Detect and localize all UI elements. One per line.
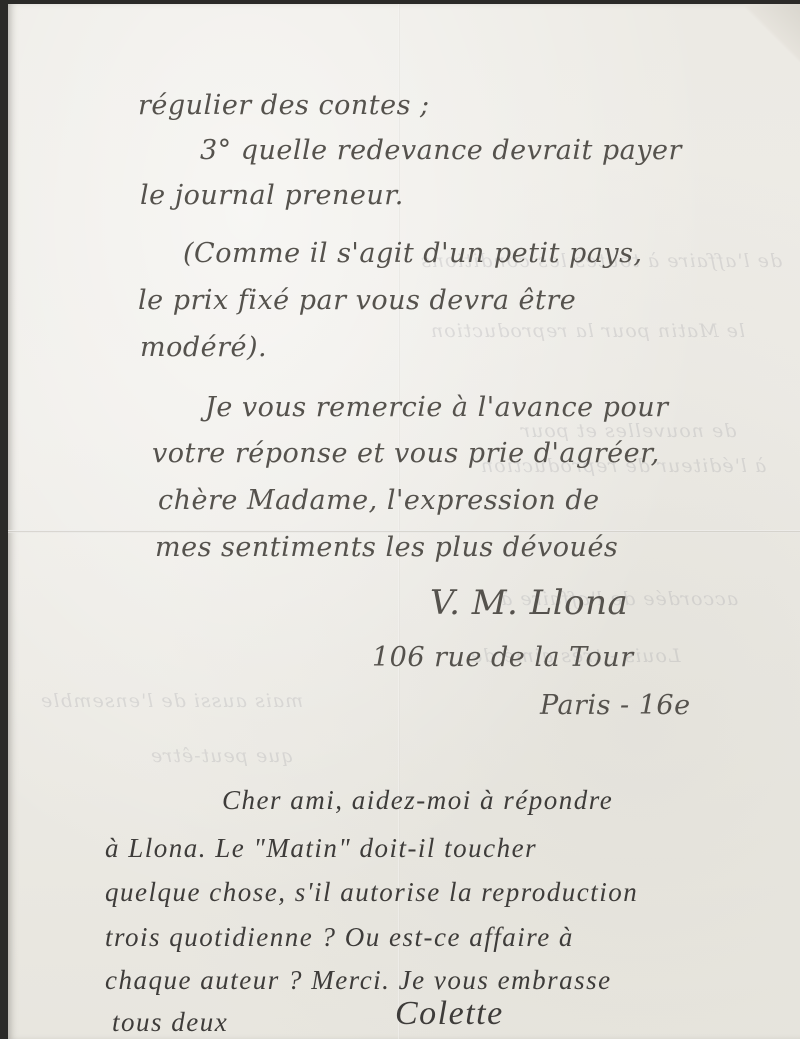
colette-signature: Colette [395,995,504,1033]
letter-line: Je vous remercie à l'avance pour [205,392,669,423]
note-line: chaque auteur ? Merci. Je vous embrasse [105,965,612,996]
llona-address-street: 106 rue de la Tour [372,642,634,673]
letter-line: 3° quelle redevance devrait payer [200,135,682,166]
note-line: tous deux [112,1007,228,1038]
letter-line: chère Madame, l'expression de [158,485,600,516]
note-line: Cher ami, aidez-moi à répondre [222,785,613,816]
note-line: quelque chose, s'il autorise la reproduc… [105,877,638,908]
letter-line: régulier des contes ; [138,90,430,121]
bleed-through-text: que peut-être [150,745,294,767]
note-line: à Llona. Le "Matin" doit-il toucher [105,833,537,864]
paper-corner-crease [740,4,800,64]
bleed-through-text: mais aussi de l'ensemble [40,690,303,712]
note-line: trois quotidienne ? Ou est-ce affaire à [105,922,574,953]
bleed-through-text: le Matin pour la reproduction [430,320,745,342]
llona-signature: V. M. Llona [430,583,628,623]
letter-line: le journal preneur. [140,180,404,211]
letter-line: le prix fixé par vous devra être [138,285,576,316]
letter-line: modéré). [140,332,267,363]
letter-line: (Comme il s'agit d'un petit pays, [183,238,643,269]
letter-line: mes sentiments les plus dévoués [155,532,618,563]
letter-line: votre réponse et vous prie d'agréer, [152,438,660,469]
llona-address-city: Paris - 16e [540,690,691,721]
